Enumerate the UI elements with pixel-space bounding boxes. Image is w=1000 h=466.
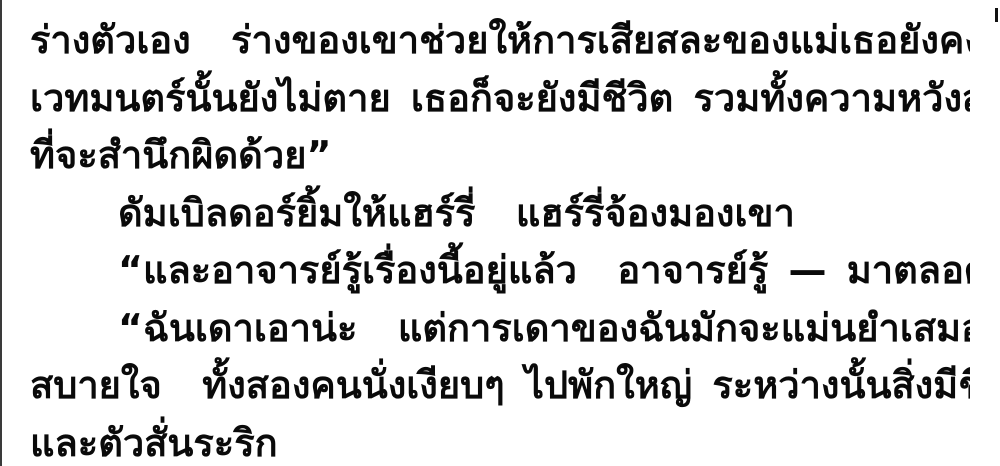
text-line-1: ร่างตัวเอง ร่างของเขาช่วยให้การเสียสละขอ… — [30, 12, 970, 70]
page-left-edge-line — [0, 0, 2, 466]
scan-artifact-mark — [995, 8, 998, 22]
text-line-4: ดัมเบิลดอร์ยิ้มให้แฮร์รี่ แฮร์รี่จ้องมอง… — [30, 185, 970, 243]
text-line-8: และตัวสั่นระริก — [30, 415, 970, 466]
text-line-5: “และอาจารย์รู้เรื่องนี้อยู่แล้ว อาจารย์ร… — [30, 242, 970, 300]
text-block: ร่างตัวเอง ร่างของเขาช่วยให้การเสียสละขอ… — [30, 12, 970, 466]
text-line-2: เวทมนตร์นั้นยังไม่ตาย เธอก็จะยังมีชีวิต … — [30, 70, 970, 128]
text-line-3: ที่จะสำนึกผิดด้วย” — [30, 127, 970, 185]
book-page: ร่างตัวเอง ร่างของเขาช่วยให้การเสียสละขอ… — [0, 0, 1000, 466]
text-line-7: สบายใจ ทั้งสองคนนั่งเงียบๆ ไปพักใหญ่ ระห… — [30, 357, 970, 415]
text-line-6: “ฉันเดาเอาน่ะ แต่การเดาของฉันมักจะแม่นยำ… — [30, 300, 970, 358]
